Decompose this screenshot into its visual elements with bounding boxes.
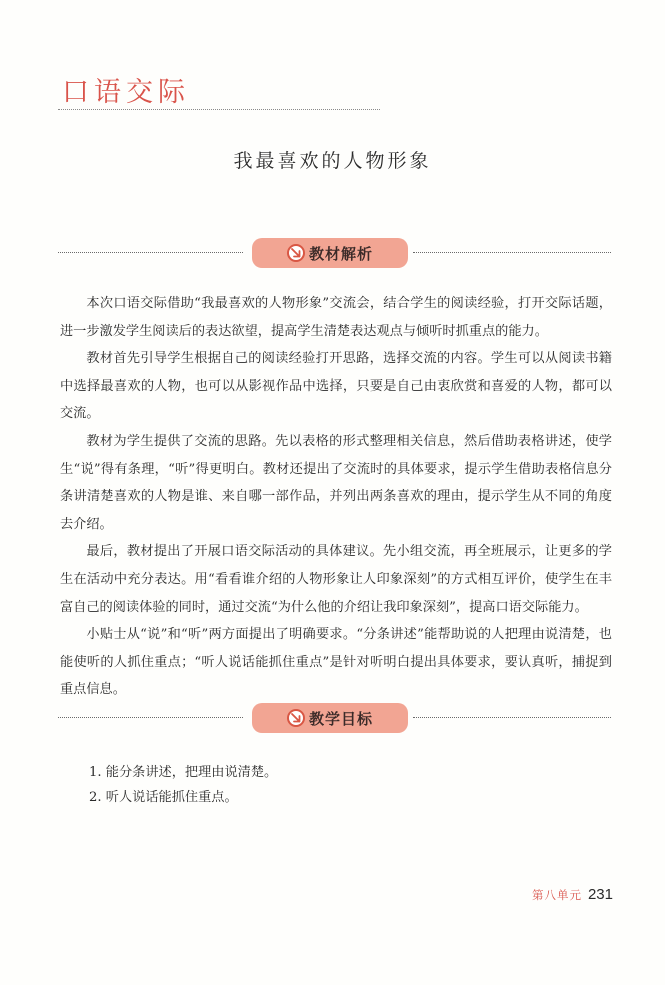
paragraph: 教材首先引导学生根据自己的阅读经验打开思路，选择交流的内容。学生可以从阅读书籍中… [60, 345, 612, 428]
arrow-down-right-circle-icon [287, 244, 305, 262]
page-footer: 第八单元 231 [532, 886, 613, 903]
section-title: 教材解析 [309, 243, 373, 264]
section-divider-analysis: 教材解析 [58, 238, 611, 268]
dotted-rule [413, 717, 611, 718]
goal-item: 2. 听人说话能抓住重点。 [89, 785, 277, 810]
paragraph: 小贴士从“说”和“听”两方面提出了明确要求。“分条讲述”能帮助说的人把理由说清楚… [60, 621, 612, 704]
heading-rule [58, 109, 380, 110]
section-divider-goals: 教学目标 [58, 703, 611, 733]
unit-label: 第八单元 [532, 887, 582, 903]
analysis-body: 本次口语交际借助“我最喜欢的人物形象”交流会，结合学生的阅读经验，打开交际话题，… [60, 290, 612, 704]
dotted-rule [413, 252, 611, 253]
goals-list: 1. 能分条讲述，把理由说清楚。 2. 听人说话能抓住重点。 [89, 760, 277, 810]
section-title: 教学目标 [309, 708, 373, 729]
paragraph: 最后，教材提出了开展口语交际活动的具体建议。先小组交流，再全班展示，让更多的学生… [60, 538, 612, 621]
goal-item: 1. 能分条讲述，把理由说清楚。 [89, 760, 277, 785]
section-badge-goals: 教学目标 [252, 703, 408, 733]
paragraph: 本次口语交际借助“我最喜欢的人物形象”交流会，结合学生的阅读经验，打开交际话题，… [60, 290, 612, 345]
lesson-title: 我最喜欢的人物形象 [0, 146, 665, 173]
dotted-rule [58, 717, 243, 718]
dotted-rule [58, 252, 243, 253]
section-badge-analysis: 教材解析 [252, 238, 408, 268]
page-number: 231 [588, 886, 613, 903]
paragraph: 教材为学生提供了交流的思路。先以表格的形式整理相关信息，然后借助表格讲述，使学生… [60, 428, 612, 538]
section-heading: 口语交际 [62, 70, 190, 109]
arrow-down-right-circle-icon [287, 709, 305, 727]
